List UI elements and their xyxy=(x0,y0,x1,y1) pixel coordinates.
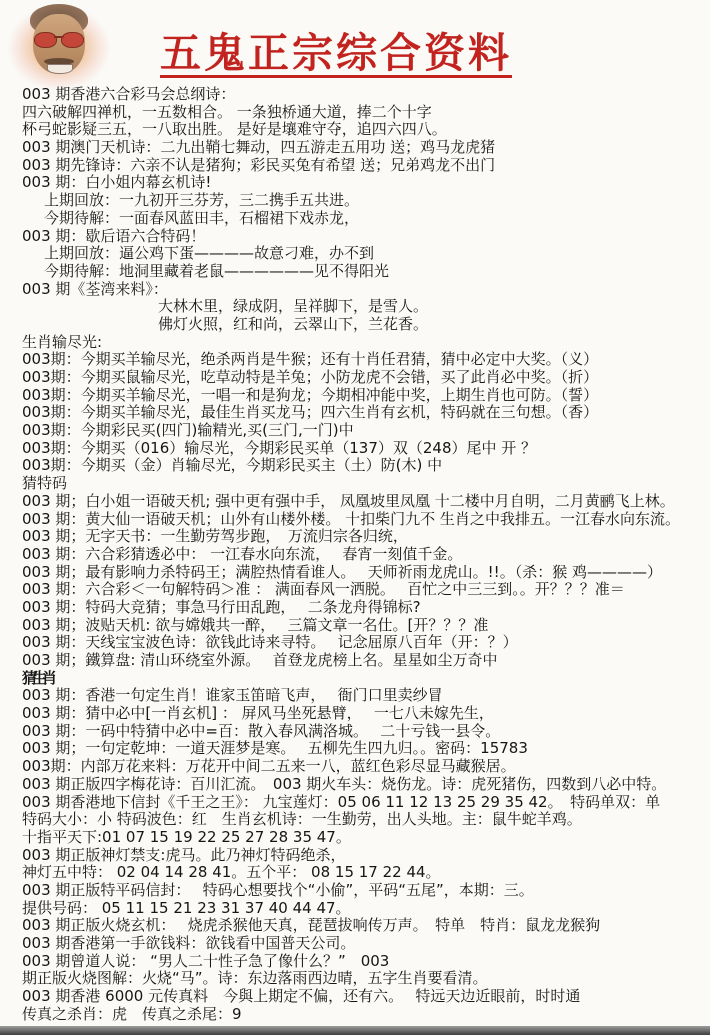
text-line: 003 期香港六合彩马会总纲诗： xyxy=(22,86,708,104)
text-line: 神灯五中特： 02 04 14 28 41。五个平： 08 15 17 22 4… xyxy=(22,864,708,882)
text-line: 003期：今期买羊输尽光，一唱一和是狗龙；今期相冲能中奖，上期生肖也可防。（誓） xyxy=(22,387,708,405)
text-line: 期正版火烧图解：火烧“马”。诗：东边落雨西边晴，五字生肖要看清。 xyxy=(22,970,708,988)
text-line: 003期：今期买（016）输尽光，今期彩民买单（137）双（248）尾中 开 ？ xyxy=(22,440,708,458)
text-line: 003 期：六合彩＜一句解特码＞准 ： 满面春风一洒脱。 百忙之中三三到。。开？… xyxy=(22,581,708,599)
text-line: 003 期《荃湾来料》： xyxy=(22,281,708,299)
text-line: 猜特码 xyxy=(22,475,708,493)
text-line: 003 期；最有影响力杀特码王；满腔热情看谁人。 天师祈雨龙虎山。!!。（杀：猴… xyxy=(22,564,708,582)
text-line: 003 期；无字天书：一生勤劳驾步跑， 万流归宗各归统， xyxy=(22,528,708,546)
sunglasses-icon xyxy=(34,32,84,47)
text-line: 上期回放：逼公鸡下蛋————故意刁难，办不到 xyxy=(22,245,708,263)
text-line: 佛灯火照，红和尚，云翠山下，兰花香。 xyxy=(22,316,708,334)
bottom-border xyxy=(0,1026,710,1035)
text-line: 003 期：白小姐内幕玄机诗! xyxy=(22,174,708,192)
text-line: 003 期正版神灯禁支:虎马。此乃神灯特码绝杀， xyxy=(22,847,708,865)
text-line: 上期回放：一九初开三芬芳，三二携手五共进。 xyxy=(22,192,708,210)
text-line: 003 期：天线宝宝波色诗：欲钱此诗来寻特。 记念屈原八百年（开：？） xyxy=(22,634,708,652)
text-line: 003 期正版四字梅花诗：百川汇流。 003 期火车头：烧伤龙。诗：虎死猪伤，四… xyxy=(22,776,708,794)
text-line: 003 期香港 6000 元传真料 今與上期定不偏，还有六。 特远天边近眼前，时… xyxy=(22,988,708,1006)
text-line: 003 期正版火烧玄机： 烧虎杀猴他天真，琵琶拔响传万声。 特单 特肖：鼠龙龙猴… xyxy=(22,917,708,935)
text-line: 003期：内部万花来料：万花开中间二五来一八，蓝红色彩尽显马藏猴居。 xyxy=(22,758,708,776)
text-line: 003期：今期买羊输尽光，最佳生肖买龙马；四六生肖有玄机，特码就在三句想。（香） xyxy=(22,404,708,422)
text-line: 猜生肖 xyxy=(22,670,708,688)
text-line: 003 期先锋诗：六亲不认是猪狗；彩民买兔有希望 送；兄弟鸡龙不出门 xyxy=(22,157,708,175)
text-line: 003 期香港地下信封《千王之王》： 九宝莲灯：05 06 11 12 13 2… xyxy=(22,794,708,812)
content-lines: 003 期香港六合彩马会总纲诗：四六破解四禅机，一五数相合。 一条独桥通大道，捧… xyxy=(22,86,708,1023)
text-line: 四六破解四禅机，一五数相合。 一条独桥通大道，捧二个十字 xyxy=(22,104,708,122)
text-line: 003 期曾道人说： “男人二十性子急了像什么？” 003 xyxy=(22,953,708,971)
text-line: 杯弓蛇影疑三五，一八取出胜。 是好是壤难守夺，追四六四八。 xyxy=(22,121,708,139)
text-line: 003 期；波贴天机: 欲与嫦娥共一醉， 三篇文章一名仕。[开？？？准 xyxy=(22,617,708,635)
text-line: 003 期：黄大仙一语破天机；山外有山楼外楼。 十扣柴门九不 生肖之中我排五。一… xyxy=(22,511,708,529)
text-line: 003 期正版特平码信封： 特码心想要找个“小偷”，平码“五尾”，本期：三。 xyxy=(22,882,708,900)
text-line: 003 期香港第一手欲钱料：欲钱看中国普天公司。 xyxy=(22,935,708,953)
photo-smile xyxy=(47,64,73,74)
text-line: 传真之杀肖：虎 传真之杀尾：9 xyxy=(22,1006,708,1024)
text-line: 003 期：猜中必中[一肖玄机] ： 屏风马坐死悬臂， 一七八未嫁先生， xyxy=(22,705,708,723)
text-line: 十指平天下:01 07 15 19 22 25 27 28 35 47。 xyxy=(22,829,708,847)
page-header: 五鬼正宗综合资料 xyxy=(0,0,710,86)
text-line: 今期待解：地洞里藏着老鼠——————见不得阳光 xyxy=(22,263,708,281)
text-line: 003 期：六合彩猜透必中： 一江春水向东流， 春宵一刻值千金。 xyxy=(22,546,708,564)
text-line: 特码大小：小 特码波色：红 生肖玄机诗：一生勤劳，出人头地。主：鼠牛蛇羊鸡。 xyxy=(22,811,708,829)
text-line: 003 期；一句定乾坤：一道天涯梦是寒。 五柳先生四九归。。密码：15783 xyxy=(22,740,708,758)
page-title: 五鬼正宗综合资料 xyxy=(160,20,512,79)
text-line: 003 期；白小姐一语破天机; 强中更有强中手， 凤凰坡里凤凰 十二楼中月自明，… xyxy=(22,493,708,511)
text-line: 提供号码： 05 11 15 21 23 31 37 40 44 47。 xyxy=(22,900,708,918)
text-line: 今期待解：一面春风蓝田丰，石榴裙下戏赤龙， xyxy=(22,210,708,228)
text-line: 003期：今期买鼠输尽光，吃草动特是羊兔；小防龙虎不会错，买了此肖必中奖。（折） xyxy=(22,369,708,387)
text-line: 003期：今期买（金）肖输尽光，今期彩民买主（土）防(木) 中 xyxy=(22,457,708,475)
text-line: 003期：今期买羊输尽光，绝杀两肖是牛猴；还有十肖任君猜，猜中必定中大奖。（义） xyxy=(22,351,708,369)
text-line: 003 期：香港一句定生肖！谁家玉笛暗飞声， 衙门口里卖纱冒 xyxy=(22,687,708,705)
text-line: 003 期；鐵算盘: 清山环绕室外源。 首登龙虎榜上名。星星如尘万奇中 xyxy=(22,652,708,670)
text-line: 003期：今期彩民买(四门)输精光,买(三门,一门)中 xyxy=(22,422,708,440)
text-line: 003 期：歇后语六合特码！ xyxy=(22,228,708,246)
text-line: 生肖输尽光: xyxy=(22,334,708,352)
text-line: 003 期：一码中特猜中必中=百：散入春风满洛城。 二十亏钱一县令。 xyxy=(22,723,708,741)
text-line: 大林木里，绿成阴，呈祥脚下，是雪人。 xyxy=(22,298,708,316)
text-line: 003 期：特码大竞猜；事急马行田乱跑， 二条龙舟得锦标? xyxy=(22,599,708,617)
text-line: 003 期澳门天机诗：二九出鞘七舞动，四五游走五用功 送；鸡马龙虎猪 xyxy=(22,139,708,157)
